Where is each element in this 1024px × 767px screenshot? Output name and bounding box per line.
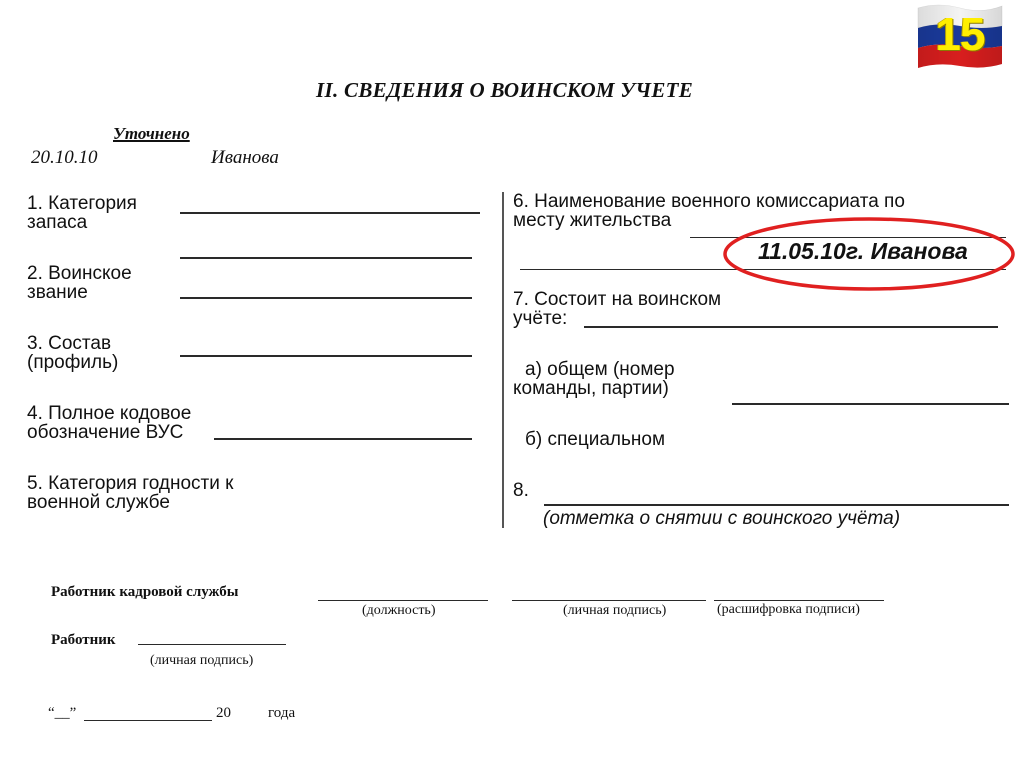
field-1-label: 1. Категория запаса (27, 194, 137, 232)
field-3-line[interactable] (180, 355, 472, 357)
field-4-label: 4. Полное кодовое обозначение ВУС (27, 404, 191, 442)
date-year-suffix: года (268, 705, 295, 722)
hr-position-line[interactable] (318, 600, 488, 601)
date-year-prefix: 20 (216, 705, 231, 722)
field-7a-line[interactable] (732, 403, 1009, 405)
highlight-ellipse-icon (722, 216, 1016, 292)
worker-signature-line[interactable] (138, 644, 286, 645)
worker-signature-caption: (личная подпись) (150, 653, 253, 669)
clarified-name: Иванова (211, 147, 279, 169)
field-7-line[interactable] (584, 326, 998, 328)
field-4-line[interactable] (214, 438, 472, 440)
field-7-label: 7. Состоит на воинском учёте: (513, 290, 721, 328)
slide-number: 15 (914, 4, 1006, 64)
slide-number-badge: 15 (914, 2, 1006, 70)
field-3-label: 3. Состав (профиль) (27, 334, 118, 372)
worker-label: Работник (51, 632, 116, 649)
section-title: II. СВЕДЕНИЯ О ВОИНСКОМ УЧЕТЕ (316, 78, 693, 103)
date-month-line[interactable] (84, 720, 212, 721)
field-5-label: 5. Категория годности к военной службе (27, 474, 233, 512)
clarified-label: Уточнено (113, 124, 190, 144)
field-1-line[interactable] (180, 212, 480, 214)
field-7a-label: а) общем (номер команды, партии) (513, 360, 675, 398)
hr-position-caption: (должность) (362, 603, 435, 619)
column-divider (502, 192, 504, 528)
clarified-date: 20.10.10 (31, 147, 98, 169)
field-8-label: 8. (513, 481, 529, 500)
hr-signature-line[interactable] (512, 600, 706, 601)
hr-decoding-line[interactable] (714, 600, 884, 601)
date-day-field[interactable]: “__” (48, 705, 76, 722)
hr-decoding-caption: (расшифровка подписи) (717, 602, 860, 618)
field-2-line[interactable] (180, 297, 472, 299)
field-1-line-extra[interactable] (180, 257, 472, 259)
field-7b-label: б) специальном (525, 430, 665, 449)
field-2-label: 2. Воинское звание (27, 264, 132, 302)
field-8-line[interactable] (544, 504, 1009, 506)
field-8-caption: (отметка о снятии с воинского учёта) (543, 508, 900, 530)
hr-signature-caption: (личная подпись) (563, 603, 666, 619)
hr-worker-label: Работник кадровой службы (51, 584, 238, 601)
